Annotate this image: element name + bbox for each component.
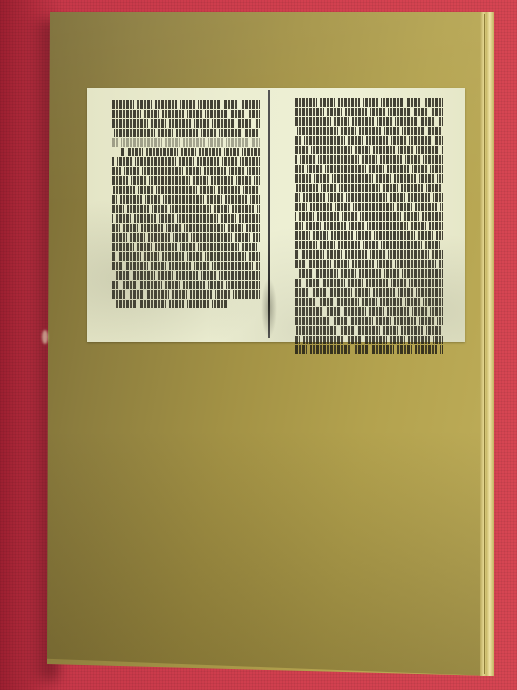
manuscript-text-line (295, 165, 443, 174)
manuscript-text-line (295, 98, 443, 107)
cover-lower-shading (47, 430, 492, 676)
cover-scuff-mark (42, 330, 48, 344)
manuscript-facsimile (87, 88, 465, 342)
manuscript-text-line (112, 252, 260, 261)
manuscript-text-line (295, 117, 443, 126)
manuscript-text-line (112, 157, 260, 166)
gutter-smudge (261, 278, 277, 338)
manuscript-text-line (295, 250, 443, 259)
manuscript-text-line (112, 290, 260, 299)
manuscript-text-line (112, 119, 260, 128)
manuscript-text-line (112, 300, 227, 309)
spine-fold-line (484, 14, 485, 674)
manuscript-text-line (112, 129, 260, 138)
manuscript-text-line (112, 167, 260, 176)
manuscript-text-line (295, 193, 443, 202)
manuscript-text-line (295, 146, 443, 155)
manuscript-text-line (112, 100, 260, 109)
facsimile-left-page (112, 100, 260, 308)
facsimile-gutter (268, 90, 270, 338)
manuscript-text-line (295, 279, 443, 288)
manuscript-text-line (121, 148, 260, 157)
manuscript-text-line (295, 345, 443, 354)
manuscript-text-line (295, 317, 443, 326)
manuscript-text-line (112, 138, 260, 147)
manuscript-text-line (112, 262, 260, 271)
manuscript-text-line (295, 326, 443, 335)
manuscript-text-line (112, 271, 260, 280)
manuscript-text-line (112, 214, 260, 223)
facsimile-right-page (295, 98, 443, 354)
manuscript-text-line (295, 307, 443, 316)
manuscript-text-line (295, 260, 443, 269)
manuscript-text-line (295, 203, 443, 212)
manuscript-text-line (295, 127, 443, 136)
manuscript-text-line (112, 176, 260, 185)
manuscript-text-line (295, 269, 443, 278)
manuscript-text-line (295, 212, 443, 221)
manuscript-text-line (295, 222, 443, 231)
manuscript-text-line (112, 205, 260, 214)
manuscript-text-line (295, 184, 443, 193)
manuscript-text-line (295, 136, 443, 145)
manuscript-text-line (295, 288, 443, 297)
manuscript-text-line (295, 231, 443, 240)
manuscript-text-line (295, 108, 443, 117)
manuscript-text-line (295, 241, 443, 250)
manuscript-text-line (295, 298, 443, 307)
manuscript-text-line (112, 243, 260, 252)
manuscript-text-line (295, 174, 443, 183)
manuscript-text-line (112, 110, 260, 119)
manuscript-text-line (112, 195, 260, 204)
manuscript-text-line (295, 155, 443, 164)
manuscript-text-line (112, 233, 260, 242)
manuscript-text-line (112, 224, 260, 233)
book-spine-edge (480, 12, 494, 676)
manuscript-text-line (112, 281, 260, 290)
manuscript-text-line (295, 336, 443, 345)
manuscript-text-line (112, 186, 260, 195)
